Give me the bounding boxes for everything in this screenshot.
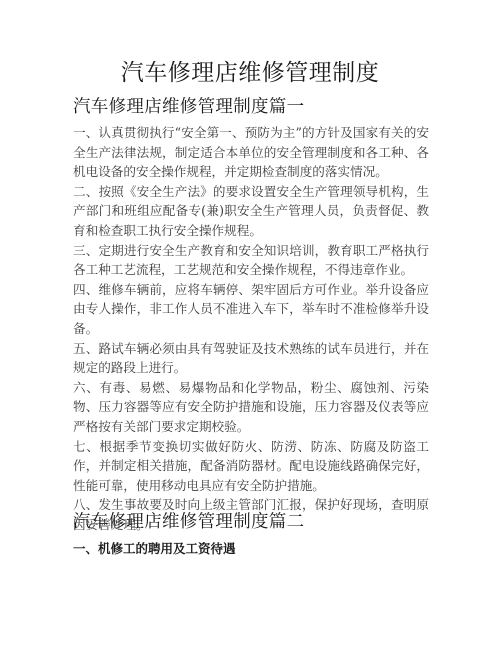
paragraph-4: 四、维修车辆前，应将车辆停、架牢固后方可作业。举升设备应由专人操作，非工作人员不… xyxy=(73,280,429,339)
paragraph-2: 二、按照《安全生产法》的要求设置安全生产管理领导机构，生产部门和班组应配备专(兼… xyxy=(73,182,429,241)
paragraph-6: 六、有毒、易燃、易爆物品和化学物品，粉尘、腐蚀剂、污染物、压力容器等应有安全防护… xyxy=(73,378,429,437)
section-one-body: 一、认真贯彻执行“安全第一、预防为主”的方针及国家有关的安全生产法律法规，制定适… xyxy=(73,123,429,534)
paragraph-3: 三、定期进行安全生产教育和安全知识培训，教育职工严格执行各工种工艺流程，工艺规范… xyxy=(73,241,429,280)
section-heading-part-two: 汽车修理店维修管理制度篇二 xyxy=(73,510,304,534)
document-title: 汽车修理店维修管理制度 xyxy=(0,58,500,88)
paragraph-1: 一、认真贯彻执行“安全第一、预防为主”的方针及国家有关的安全生产法律法规，制定适… xyxy=(73,123,429,182)
paragraph-7: 七、根据季节变换切实做好防火、防涝、防冻、防腐及防盗工作，并制定相关措施，配备消… xyxy=(73,437,429,496)
document-page: 汽车修理店维修管理制度 汽车修理店维修管理制度篇一 一、认真贯彻执行“安全第一、… xyxy=(0,0,500,647)
section-heading-part-one: 汽车修理店维修管理制度篇一 xyxy=(73,95,304,119)
subheading-hiring-and-wages: 一、机修工的聘用及工资待遇 xyxy=(73,540,236,558)
paragraph-5: 五、路试车辆必须由具有驾驶证及技术熟练的试车员进行，并在规定的路段上进行。 xyxy=(73,339,429,378)
